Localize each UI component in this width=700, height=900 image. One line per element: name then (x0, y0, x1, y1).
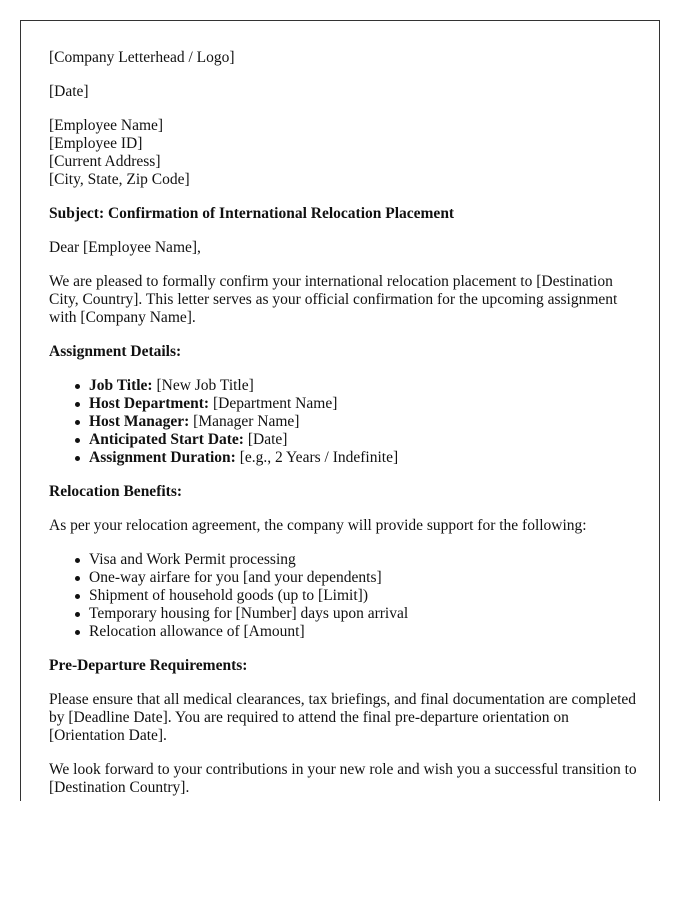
benefits-list: Visa and Work Permit processing One-way … (49, 551, 639, 641)
assignment-item-start-date: Anticipated Start Date: [Date] (89, 431, 639, 449)
assignment-label: Host Department: (89, 395, 209, 412)
letter-page: [Company Letterhead / Logo] [Date] [Empl… (20, 20, 660, 801)
recipient-id: [Employee ID] (49, 135, 639, 153)
assignment-label: Host Manager: (89, 413, 189, 430)
assignment-value: [New Job Title] (153, 377, 254, 394)
letterhead: [Company Letterhead / Logo] (49, 49, 639, 67)
intro-paragraph: We are pleased to formally confirm your … (49, 273, 639, 327)
assignment-label: Job Title: (89, 377, 153, 394)
assignment-value: [Department Name] (209, 395, 337, 412)
benefit-item: One-way airfare for you [and your depend… (89, 569, 639, 587)
salutation: Dear [Employee Name], (49, 239, 639, 257)
assignment-item-job-title: Job Title: [New Job Title] (89, 377, 639, 395)
benefit-item: Shipment of household goods (up to [Limi… (89, 587, 639, 605)
assignment-heading: Assignment Details: (49, 343, 639, 361)
benefits-heading: Relocation Benefits: (49, 483, 639, 501)
subject-line: Subject: Confirmation of International R… (49, 205, 639, 223)
recipient-block: [Employee Name] [Employee ID] [Current A… (49, 117, 639, 189)
assignment-value: [Manager Name] (189, 413, 299, 430)
benefit-item: Visa and Work Permit processing (89, 551, 639, 569)
assignment-item-duration: Assignment Duration: [e.g., 2 Years / In… (89, 449, 639, 467)
benefits-intro: As per your relocation agreement, the co… (49, 517, 639, 535)
letter-content: [Company Letterhead / Logo] [Date] [Empl… (49, 49, 639, 801)
closing-paragraph: We look forward to your contributions in… (49, 761, 639, 797)
assignment-item-host-manager: Host Manager: [Manager Name] (89, 413, 639, 431)
predeparture-paragraph: Please ensure that all medical clearance… (49, 691, 639, 745)
recipient-city-state-zip: [City, State, Zip Code] (49, 171, 639, 189)
letter-date: [Date] (49, 83, 639, 101)
assignment-item-host-department: Host Department: [Department Name] (89, 395, 639, 413)
predeparture-heading: Pre-Departure Requirements: (49, 657, 639, 675)
assignment-label: Assignment Duration: (89, 449, 236, 466)
benefit-item: Temporary housing for [Number] days upon… (89, 605, 639, 623)
recipient-name: [Employee Name] (49, 117, 639, 135)
assignment-list: Job Title: [New Job Title] Host Departme… (49, 377, 639, 467)
assignment-value: [e.g., 2 Years / Indefinite] (236, 449, 398, 466)
assignment-label: Anticipated Start Date: (89, 431, 244, 448)
recipient-address: [Current Address] (49, 153, 639, 171)
assignment-value: [Date] (244, 431, 287, 448)
benefit-item: Relocation allowance of [Amount] (89, 623, 639, 641)
